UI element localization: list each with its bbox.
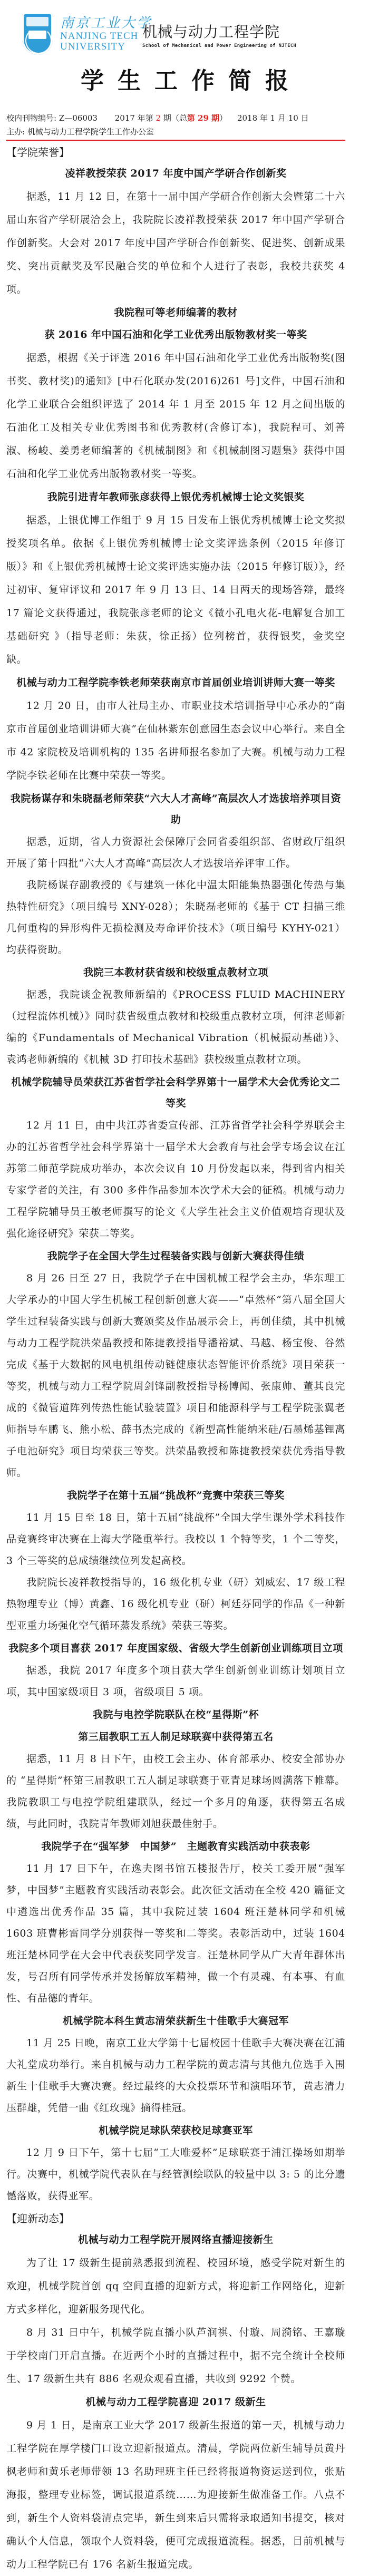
article-paragraph: 11 月 17 日下午，在逸夫图书馆五楼报告厅，校关工委开展“强军梦，中国梦”主… bbox=[6, 1858, 345, 2009]
university-name-en-2: UNIVERSITY bbox=[60, 42, 152, 52]
issue-date: 2018 年 1 月 10 日 bbox=[237, 113, 309, 123]
article-paragraph: 8 月 26 日至 27 日，我院学子在中国机械工程学会主办，华东理工大学承办的… bbox=[6, 1268, 345, 1484]
article-paragraph: 据悉，11 月 8 日下午，由校工会主办、体育部承办、校安全部协办的 “星得斯”… bbox=[6, 1748, 345, 1835]
news-article: 凌祥教授荣获 2017 年度中国产学研合作创新奖据悉，11 月 12 日，在第十… bbox=[6, 163, 345, 301]
news-article: 机械与动力工程学院开展网络直播迎接新生为了让 17 级新生提前熟悉报到流程、校园… bbox=[6, 2229, 345, 2390]
news-article: 我院程可等老师编著的教材获 2016 年中国石油和化学工业优秀出版物教材奖一等奖… bbox=[6, 302, 345, 485]
article-paragraph: 据悉，近期，省人力资源社会保障厅会同省委组织部、省财政厅组织开展了第十四批“六大… bbox=[6, 831, 345, 874]
article-headline: 获 2016 年中国石油和化学工业优秀出版物教材奖一等奖 bbox=[6, 324, 345, 345]
university-logo: 南京工业大学 NANJING TECH UNIVERSITY bbox=[22, 13, 152, 55]
article-headline: 机械与动力工程学院喜迎 2017 级新生 bbox=[6, 2392, 345, 2413]
article-paragraph: 12 月 9 日下午，第十七届“工大唯爱杯”足球联赛于浦江操场如期举行。决赛中，… bbox=[6, 2142, 345, 2207]
news-article: 我院学子在全国大学生过程装备实践与创新大赛获得佳绩8 月 26 日至 27 日，… bbox=[6, 1246, 345, 1484]
newsletter-page: 南京工业大学 NANJING TECH UNIVERSITY 机械与动力工程学院… bbox=[0, 0, 369, 2576]
masthead: 南京工业大学 NANJING TECH UNIVERSITY 机械与动力工程学院… bbox=[0, 0, 369, 63]
news-article: 我院杨谋存和朱晓磊老师荣获“六大人才高峰”高层次人才选拔培养项目资助据悉，近期，… bbox=[6, 788, 345, 961]
article-paragraph: 我院杨谋存副教授的《与建筑一体化中温太阳能集热器强化传热与集热特性研究》（项目编… bbox=[6, 874, 345, 961]
news-article: 我院学子在“强军梦 中国梦” 主题教育实践活动中获表彰11 月 17 日下午，在… bbox=[6, 1836, 345, 2009]
article-headline: 我院学子在全国大学生过程装备实践与创新大赛获得佳绩 bbox=[6, 1246, 345, 1267]
news-article: 我院学子在第十五届“挑战杯”竞赛中荣获三等奖11 月 15 日至 18 日，第十… bbox=[6, 1485, 345, 1637]
article-paragraph: 11 月 25 日晚，南京工业大学第十七届校园十佳歌手大赛决赛在江浦大礼堂成功举… bbox=[6, 2033, 345, 2119]
newsletter-content: 【学院荣誉】凌祥教授荣获 2017 年度中国产学研合作创新奖据悉，11 月 12… bbox=[0, 143, 369, 2576]
article-paragraph: 8 月 31 日中午，机械学院直播小队芦润祺、付璇、周漪铭、王嘉璇于学校南门开启… bbox=[6, 2321, 345, 2390]
article-headline: 我院三本教材获省级和校级重点教材立项 bbox=[6, 962, 345, 983]
article-headline: 我院杨谋存和朱晓磊老师荣获“六大人才高峰”高层次人才选拔培养项目资助 bbox=[6, 788, 345, 830]
total-issue: 第 29 期 bbox=[187, 113, 219, 123]
section-tag: 【学院荣誉】 bbox=[6, 143, 345, 162]
school-name-en: School of Mechanical and Power Engineeri… bbox=[142, 43, 296, 48]
school-name-cn: 机械与动力工程学院 bbox=[142, 23, 296, 41]
news-article: 机械与动力工程学院李铁老师荣获南京市首届创业培训讲师大赛一等奖12 月 20 日… bbox=[6, 672, 345, 787]
article-headline: 我院程可等老师编著的教材 bbox=[6, 302, 345, 323]
article-headline: 我院与电控学院联队在校“星得斯”杯 bbox=[6, 1704, 345, 1725]
article-headline: 凌祥教授荣获 2017 年度中国产学研合作创新奖 bbox=[6, 163, 345, 184]
news-article: 机械与动力工程学院喜迎 2017 级新生9 月 1 日，是南京工业大学 2017… bbox=[6, 2392, 345, 2576]
sponsor-line: 主办: 机械与动力工程学院学生工作办公室 bbox=[6, 125, 369, 139]
article-paragraph: 据悉，上银优博工作组于 9 月 15 日发布上银优秀机械博士论文奖拟授奖项名单。… bbox=[6, 509, 345, 671]
issue-meta: 校内刊物编号: Z—06003 2017 年第 2 期（总第 29 期） 201… bbox=[6, 111, 369, 125]
article-paragraph: 据悉，11 月 12 日，在第十一届中国产学研合作创新大会暨第二十六届山东省产学… bbox=[6, 185, 345, 301]
article-paragraph: 据悉，根据《关于评选 2016 年中国石油和化学工业优秀出版物奖(图书奖、教材奖… bbox=[6, 346, 345, 485]
university-name-cn: 南京工业大学 bbox=[60, 15, 152, 31]
university-name: 南京工业大学 NANJING TECH UNIVERSITY bbox=[60, 15, 152, 52]
section-tag: 【迎新动态】 bbox=[6, 2209, 345, 2228]
header-divider bbox=[6, 140, 345, 141]
article-headline: 机械学院足球队荣获校足球赛亚军 bbox=[6, 2120, 345, 2141]
newsletter-title: 学生工作简报 bbox=[0, 66, 369, 96]
article-paragraph: 据悉，我院谈金祝教师新编的《PROCESS FLUID MACHINERY（过程… bbox=[6, 984, 345, 1071]
article-headline: 机械学院辅导员荣获江苏省哲学社会科学界第十一届学术大会优秀论文二等奖 bbox=[6, 1072, 345, 1114]
article-headline: 第三届教职工五人制足球联赛中获得第五名 bbox=[6, 1726, 345, 1747]
article-headline: 机械学院本科生黄志清荣获新生十佳歌手大赛冠军 bbox=[6, 2010, 345, 2031]
article-headline: 机械与动力工程学院开展网络直播迎接新生 bbox=[6, 2229, 345, 2250]
university-name-en-1: NANJING TECH bbox=[60, 31, 152, 42]
news-article: 我院与电控学院联队在校“星得斯”杯第三届教职工五人制足球联赛中获得第五名据悉，1… bbox=[6, 1704, 345, 1835]
article-paragraph: 12 月 20 日，由市人社局主办、市职业技术培训指导中心承办的“南京市首届创业… bbox=[6, 694, 345, 787]
news-article: 我院引进青年教师张彦获得上银优秀机械博士论文奖银奖据悉，上银优博工作组于 9 月… bbox=[6, 487, 345, 671]
article-paragraph: 据悉，我院 2017 年度多个项目获大学生创新创业训练计划项目立项，其中国家级项… bbox=[6, 1660, 345, 1703]
news-article: 机械学院足球队荣获校足球赛亚军12 月 9 日下午，第十七届“工大唯爱杯”足球联… bbox=[6, 2120, 345, 2207]
article-paragraph: 为了让 17 级新生提前熟悉报到流程、校园环境，感受学院对新生的欢迎，机械学院首… bbox=[6, 2251, 345, 2321]
news-article: 机械学院辅导员荣获江苏省哲学社会科学界第十一届学术大会优秀论文二等奖12 月 1… bbox=[6, 1072, 345, 1245]
issue-mid: 期（总 bbox=[163, 113, 187, 123]
article-paragraph: 12 月 11 日，由中共江苏省委宣传部、江苏省哲学社会科学界联会主办的江苏省哲… bbox=[6, 1115, 345, 1245]
article-headline: 我院引进青年教师张彦获得上银优秀机械博士论文奖银奖 bbox=[6, 487, 345, 508]
news-article: 机械学院本科生黄志清荣获新生十佳歌手大赛冠军11 月 25 日晚，南京工业大学第… bbox=[6, 2010, 345, 2119]
article-headline: 机械与动力工程学院李铁老师荣获南京市首届创业培训讲师大赛一等奖 bbox=[6, 672, 345, 693]
issue-prefix: 2017 年第 bbox=[115, 113, 153, 123]
article-paragraph: 9 月 1 日，是南京工业大学 2017 级新生报道的第一天，机械与动力工程学院… bbox=[6, 2414, 345, 2576]
article-headline: 我院多个项目喜获 2017 年度国家级、省级大学生创新创业训练项目立项 bbox=[6, 1638, 345, 1659]
article-paragraph: 我院院长凌祥教授指导的，16 级化机专业（研）刘威宏、17 级工程热物理专业（博… bbox=[6, 1572, 345, 1637]
article-headline: 我院学子在第十五届“挑战杯”竞赛中荣获三等奖 bbox=[6, 1485, 345, 1506]
article-headline: 我院学子在“强军梦 中国梦” 主题教育实践活动中获表彰 bbox=[6, 1836, 345, 1857]
news-article: 我院三本教材获省级和校级重点教材立项据悉，我院谈金祝教师新编的《PROCESS … bbox=[6, 962, 345, 1071]
serial-number: 校内刊物编号: Z—06003 bbox=[6, 113, 98, 123]
news-article: 我院多个项目喜获 2017 年度国家级、省级大学生创新创业训练项目立项据悉，我院… bbox=[6, 1638, 345, 1703]
issue-suffix: ） bbox=[219, 113, 227, 123]
article-paragraph: 11 月 15 日至 18 日，第十五届“挑战杯”全国大学生课外学术科技作品竞赛… bbox=[6, 1507, 345, 1572]
issue-number: 2 bbox=[156, 113, 161, 123]
university-crest-icon bbox=[22, 13, 53, 55]
school-logo: 机械与动力工程学院 School of Mechanical and Power… bbox=[142, 23, 296, 48]
